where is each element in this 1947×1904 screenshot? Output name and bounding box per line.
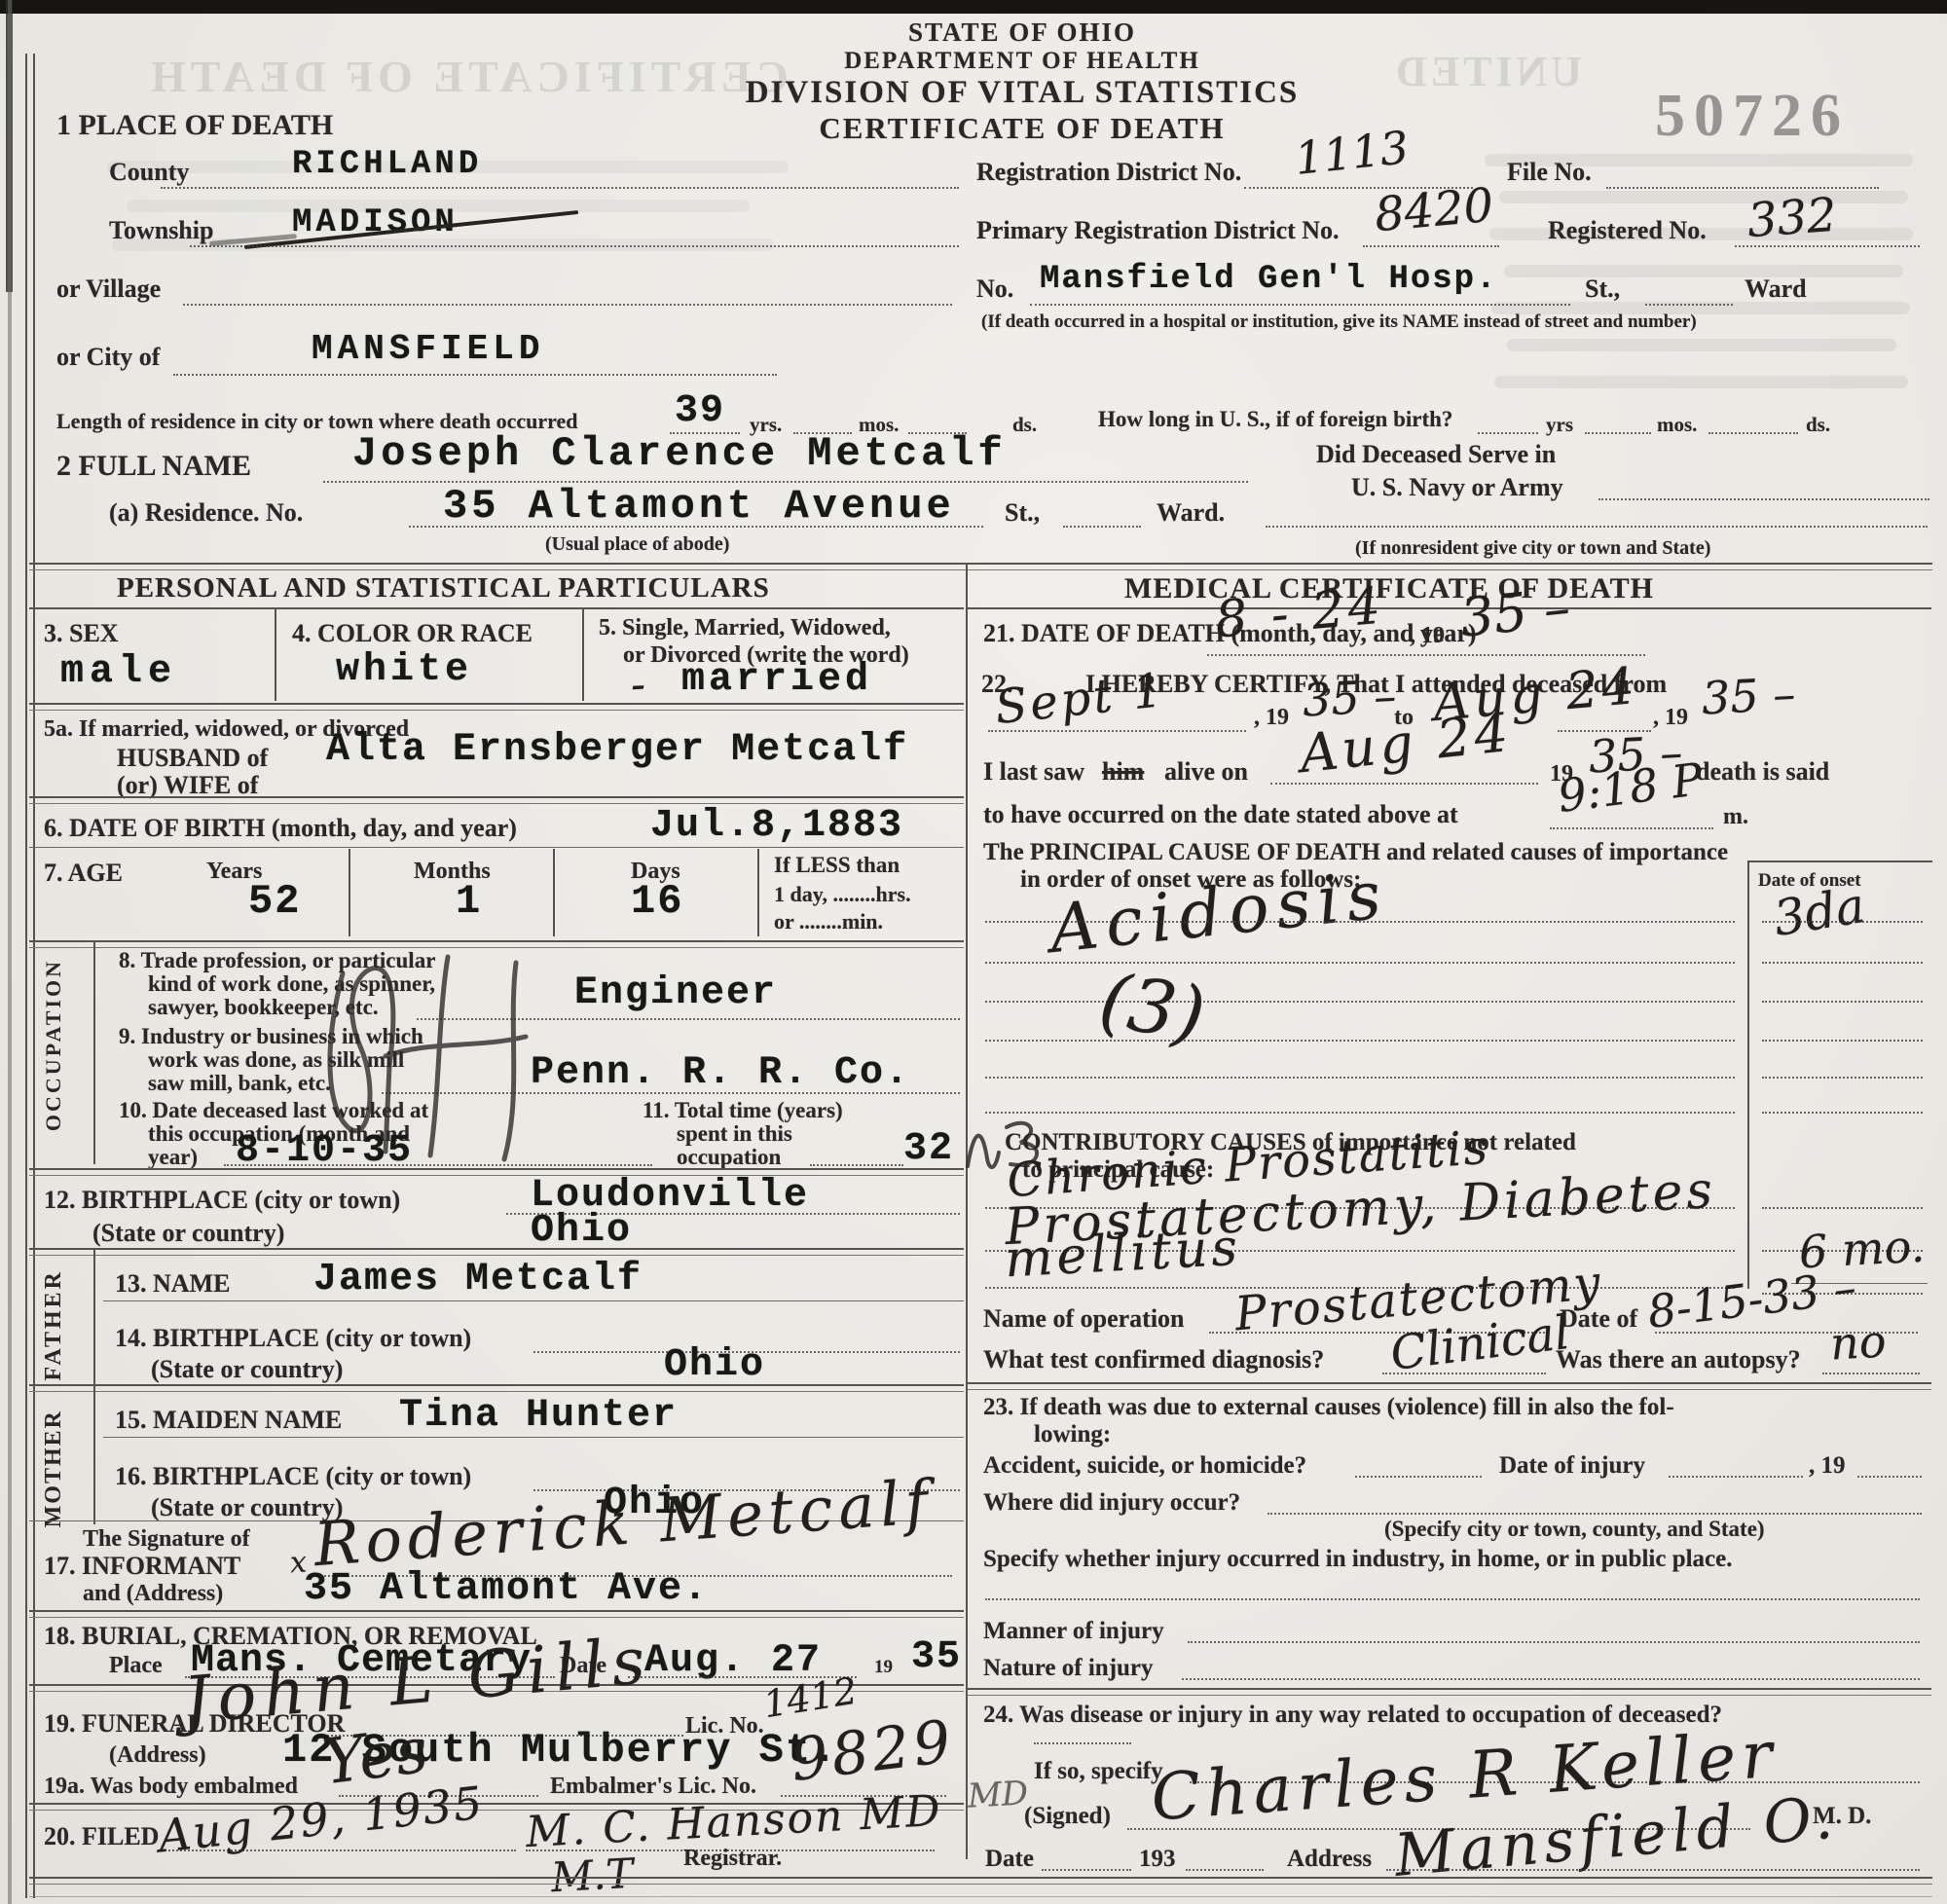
mos2-label: mos. — [1657, 413, 1697, 437]
dotted-line — [1270, 783, 1538, 785]
rule — [29, 607, 964, 609]
dotted-line — [1186, 1869, 1264, 1871]
row-divider — [968, 1382, 1931, 1390]
date-193-label: 193 — [1139, 1846, 1176, 1873]
dotted-line — [1478, 432, 1538, 434]
external-causes-label2: lowing: — [1034, 1421, 1111, 1448]
marital-label-line1: 5. Single, Married, Widowed, — [599, 615, 891, 641]
sex-label: 3. SEX — [44, 619, 119, 648]
signed-label: (Signed) — [1024, 1803, 1111, 1830]
cell-divider — [93, 942, 95, 1164]
dotted-line — [1669, 1476, 1803, 1478]
race-value: white — [336, 648, 472, 692]
dotted-line — [810, 1164, 903, 1166]
dotted-line — [1585, 432, 1651, 434]
dotted-line — [1182, 1678, 1920, 1680]
autopsy-value: no — [1829, 1315, 1888, 1371]
dob-value: Jul.8,1883 — [650, 804, 903, 848]
mother-name-value: Tina Hunter — [399, 1394, 678, 1438]
if-less-label1: If LESS than — [774, 853, 900, 878]
specify-city-note: (Specify city or town, county, and State… — [1384, 1517, 1765, 1542]
dotted-line — [1762, 962, 1923, 964]
test-label: What test confirmed diagnosis? — [983, 1345, 1324, 1374]
dotted-line — [985, 1077, 1735, 1079]
where-injury-label: Where did injury occur? — [983, 1489, 1240, 1517]
form-border-line — [33, 54, 35, 1898]
informant-address-value: 35 Altamont Ave. — [304, 1567, 709, 1611]
occ11-label1: 11. Total time (years) — [643, 1098, 843, 1123]
dotted-line — [1762, 1207, 1923, 1209]
rule — [103, 1300, 964, 1301]
specify-where-label: Specify whether injury occurred in indus… — [983, 1546, 1733, 1573]
death-is-said-label: death is said — [1696, 757, 1829, 787]
dotted-line — [190, 245, 959, 247]
dod-year-value: 35 – — [1457, 576, 1573, 648]
primary-registration-value: 8420 — [1373, 178, 1496, 242]
operation-date-label: Date of — [1560, 1304, 1637, 1334]
navy-service-line1: Did Deceased Serve in — [1316, 440, 1556, 469]
cell-divider — [93, 1386, 95, 1524]
sex-value: male — [60, 650, 177, 694]
residence-length-value: 39 — [675, 389, 725, 433]
operation-date-value: 8-15-33 – — [1645, 1261, 1859, 1338]
registration-district-label: Registration District No. — [976, 158, 1241, 187]
cell-divider — [93, 1250, 95, 1386]
burial-place-label: Place — [109, 1653, 163, 1679]
full-name-value: Joseph Clarence Metcalf — [352, 430, 1007, 477]
dotted-line — [1034, 1742, 1131, 1744]
institution-no-label: No. — [976, 275, 1013, 304]
dotted-line — [1708, 432, 1798, 434]
filed-label: 20. FILED — [44, 1822, 159, 1851]
father-side-label: FATHER — [41, 1269, 67, 1380]
autopsy-label: Was there an autopsy? — [1556, 1345, 1801, 1374]
dotted-line — [1550, 827, 1713, 829]
bleed-through-line — [1494, 376, 1908, 388]
township-label: Township — [109, 216, 213, 245]
nature-of-injury-label: Nature of injury — [983, 1655, 1154, 1682]
registrar-label: Registrar. — [683, 1846, 782, 1872]
dotted-line — [1762, 1001, 1923, 1003]
dotted-line — [1762, 921, 1923, 923]
department-line: DEPARTMENT OF HEALTH — [584, 48, 1460, 75]
navy-service-line2: U. S. Navy or Army — [1351, 473, 1563, 502]
bottom-rule — [29, 1877, 1932, 1885]
ds-label: ds. — [1012, 413, 1037, 437]
from-19-label: , 19 — [1254, 705, 1289, 731]
rule — [29, 847, 964, 848]
bleed-through-line — [1507, 339, 1896, 351]
informant-label: 17. INFORMANT — [44, 1552, 240, 1581]
dotted-line — [1042, 1869, 1131, 1871]
occ11-value: 32 — [903, 1127, 954, 1171]
row-divider — [29, 1248, 964, 1256]
occ10-label3: year) — [148, 1145, 198, 1170]
external-causes-label1: 23. If death was due to external causes … — [983, 1394, 1674, 1421]
township-value: MADISON — [292, 204, 459, 241]
place-of-death-heading: 1 PLACE OF DEATH — [56, 109, 333, 142]
state-line: STATE OF OHIO — [584, 18, 1460, 48]
dotted-line — [985, 1112, 1735, 1114]
onset-box-line — [1747, 860, 1749, 1289]
mother-name-label: 15. MAIDEN NAME — [115, 1406, 342, 1435]
last-saw-prefix: I last saw — [983, 757, 1084, 787]
yrs2-label: yrs — [1546, 413, 1573, 437]
marital-value: married — [681, 658, 872, 702]
dotted-line — [1762, 1077, 1923, 1079]
dotted-line — [1822, 1373, 1920, 1374]
occupation-side-label: OCCUPATION — [41, 959, 66, 1131]
dotted-line — [1598, 498, 1929, 500]
onset-box-top — [1747, 860, 1932, 862]
rule — [968, 607, 1931, 609]
if-so-specify-label: If so, specify — [1034, 1758, 1163, 1785]
father-birthplace-value: Ohio — [664, 1343, 765, 1387]
dotted-line — [1645, 304, 1733, 306]
father-birthplace-label: 14. BIRTHPLACE (city or town) — [115, 1324, 471, 1353]
file-number-stamp: 50726 — [1655, 82, 1850, 151]
registered-no-value: 332 — [1745, 188, 1838, 248]
cell-divider — [553, 849, 555, 936]
burial-year-value: 35 — [911, 1635, 962, 1679]
birthplace-label: 12. BIRTHPLACE (city or town) — [44, 1186, 400, 1215]
column-divider — [966, 563, 968, 1859]
attended-from-value: Sept 1 — [993, 663, 1168, 735]
to-year-value: 35 – — [1701, 668, 1797, 725]
dotted-line — [1267, 1513, 1922, 1515]
dotted-line — [1030, 304, 1570, 306]
dotted-line — [988, 730, 1246, 732]
rule — [103, 1437, 964, 1438]
form-border-line — [25, 54, 27, 1898]
dotted-line — [985, 962, 1735, 964]
scan-edge-top — [0, 0, 1947, 14]
signed-date-label: Date — [985, 1846, 1034, 1873]
injury-19-label: , 19 — [1809, 1452, 1846, 1480]
birthplace-state-label: (State or country) — [92, 1219, 284, 1248]
form-header: STATE OF OHIO DEPARTMENT OF HEALTH DIVIS… — [584, 18, 1460, 146]
street-label: St., — [1585, 275, 1620, 304]
dotted-line — [1188, 1641, 1920, 1643]
informant-address-label: and (Address) — [83, 1581, 223, 1607]
father-name-value: James Metcalf — [313, 1258, 643, 1301]
dotted-line — [1762, 1040, 1923, 1042]
occ11-label3: occupation — [677, 1145, 781, 1170]
time-of-death-value: 9:18 P — [1555, 752, 1705, 823]
residence-value: 35 Altamont Avenue — [443, 483, 955, 530]
residence-ward-label: Ward. — [1157, 498, 1225, 528]
signature-of-label: The Signature of — [83, 1526, 250, 1553]
occ11-label2: spent in this — [677, 1121, 792, 1147]
dotted-line — [183, 304, 952, 306]
occupation-related-label: 24. Was disease or injury in any way rel… — [983, 1702, 1722, 1729]
dotted-line — [409, 526, 983, 528]
age-label: 7. AGE — [44, 859, 123, 888]
dotted-line — [985, 1598, 1920, 1600]
row-divider — [29, 796, 964, 804]
hospital-note: (If death occurred in a hospital or inst… — [981, 311, 1697, 333]
dotted-line — [1382, 1373, 1546, 1374]
row-divider — [29, 703, 964, 711]
burial-19-label: 19 — [874, 1657, 893, 1678]
row-divider — [29, 1610, 964, 1618]
city-label: or City of — [56, 343, 160, 372]
dotted-line — [1386, 1869, 1920, 1871]
file-no-label: File No. — [1507, 158, 1592, 187]
city-value: MANSFIELD — [312, 329, 544, 369]
ds2-label: ds. — [1806, 413, 1830, 437]
death-certificate-scan: CERTIFICATE OF DEATH UNITED STATE OF OHI… — [0, 0, 1947, 1904]
foreign-birth-label: How long in U. S., if of foreign birth? — [1098, 407, 1452, 432]
if-less-label2: 1 day, ........hrs. — [774, 882, 911, 907]
village-label: or Village — [56, 275, 161, 304]
race-label: 4. COLOR OR RACE — [292, 619, 533, 648]
registration-district-value: 1113 — [1292, 121, 1411, 185]
dotted-line — [1207, 654, 1645, 656]
if-less-label3: or ........min. — [774, 909, 883, 934]
ink-note-3: (3) — [1094, 956, 1211, 1058]
dotted-line — [985, 921, 1735, 923]
embalmed-label: 19a. Was body embalmed — [44, 1774, 298, 1800]
registered-no-label: Registered No. — [1548, 216, 1707, 245]
embalmer-license-label: Embalmer's Lic. No. — [550, 1774, 756, 1800]
residence-street-label: St., — [1005, 498, 1040, 528]
row-divider — [29, 1168, 964, 1176]
division-line: DIVISION OF VITAL STATISTICS — [584, 75, 1460, 111]
accident-label: Accident, suicide, or homicide? — [983, 1452, 1306, 1480]
dotted-line — [1735, 245, 1920, 247]
dotted-line — [1063, 526, 1141, 528]
spouse-label-line2: HUSBAND of — [117, 744, 268, 773]
father-name-label: 13. NAME — [115, 1269, 230, 1299]
county-value: RICHLAND — [292, 146, 482, 183]
dotted-line — [161, 187, 959, 189]
residence-label: (a) Residence. No. — [109, 498, 303, 528]
spouse-value: Alta Ernsberger Metcalf — [326, 728, 908, 772]
age-days-value: 16 — [631, 878, 683, 925]
full-name-label: 2 FULL NAME — [56, 450, 251, 483]
section-divider — [29, 563, 1932, 570]
row-divider — [29, 1384, 964, 1392]
county-label: County — [109, 158, 189, 187]
dotted-line — [1857, 1476, 1922, 1478]
injury-date-label: Date of injury — [1499, 1452, 1645, 1480]
dotted-line — [1266, 526, 1928, 528]
cell-divider — [757, 849, 759, 936]
bleed-through-line — [1499, 191, 1908, 203]
address-label: Address — [1287, 1846, 1372, 1873]
manner-of-injury-label: Manner of injury — [983, 1618, 1164, 1645]
bottom-rule-faint — [29, 1896, 1932, 1897]
m-label: m. — [1723, 804, 1748, 830]
operation-label: Name of operation — [983, 1304, 1185, 1334]
dotted-line — [985, 1001, 1735, 1003]
registrar-initials: M.T — [550, 1849, 635, 1901]
cell-divider — [275, 609, 276, 701]
bleed-through-line — [1504, 265, 1903, 277]
cell-divider — [582, 609, 584, 701]
dotted-line — [1762, 1112, 1923, 1114]
mother-side-label: MOTHER — [41, 1410, 67, 1527]
dotted-line — [1363, 245, 1499, 247]
primary-registration-label: Primary Registration District No. — [976, 216, 1340, 245]
dotted-line — [173, 374, 777, 376]
birthplace-state-value: Ohio — [531, 1209, 632, 1253]
ward-label: Ward — [1745, 275, 1807, 304]
row-divider — [968, 1688, 1931, 1696]
abode-note: (Usual place of abode) — [545, 533, 729, 556]
ink-scribble — [292, 939, 613, 1168]
father-state-label: (State or country) — [151, 1355, 343, 1384]
dob-label: 6. DATE OF BIRTH (month, day, and year) — [44, 814, 517, 843]
embalmer-license-value: 9829 — [787, 1707, 958, 1795]
dotted-line — [1606, 187, 1879, 189]
last-saw-suffix: alive on — [1164, 757, 1248, 787]
cell-divider — [349, 849, 350, 936]
age-years-value: 52 — [248, 878, 301, 925]
institution-value: Mansfield Gen'l Hosp. — [1040, 261, 1497, 298]
age-months-value: 1 — [456, 878, 482, 925]
nonresident-note: (If nonresident give city or town and St… — [1355, 537, 1710, 560]
dotted-line — [1355, 1476, 1482, 1478]
occurred-label: to have occurred on the date stated abov… — [983, 800, 1458, 829]
md-ink-note: MD — [967, 1774, 1029, 1815]
funeral-address-label: (Address) — [109, 1742, 206, 1769]
right-column-title: MEDICAL CERTIFICATE OF DEATH — [1124, 572, 1654, 605]
contributory-line3-value: mellitus — [1004, 1219, 1243, 1290]
mother-birthplace-label: 16. BIRTHPLACE (city or town) — [115, 1462, 471, 1491]
left-column-title: PERSONAL AND STATISTICAL PARTICULARS — [117, 572, 770, 604]
scan-edge-left — [8, 0, 12, 1904]
dod-19-label: , 19 — [1410, 623, 1445, 649]
last-saw-struck-word: him — [1102, 757, 1144, 787]
